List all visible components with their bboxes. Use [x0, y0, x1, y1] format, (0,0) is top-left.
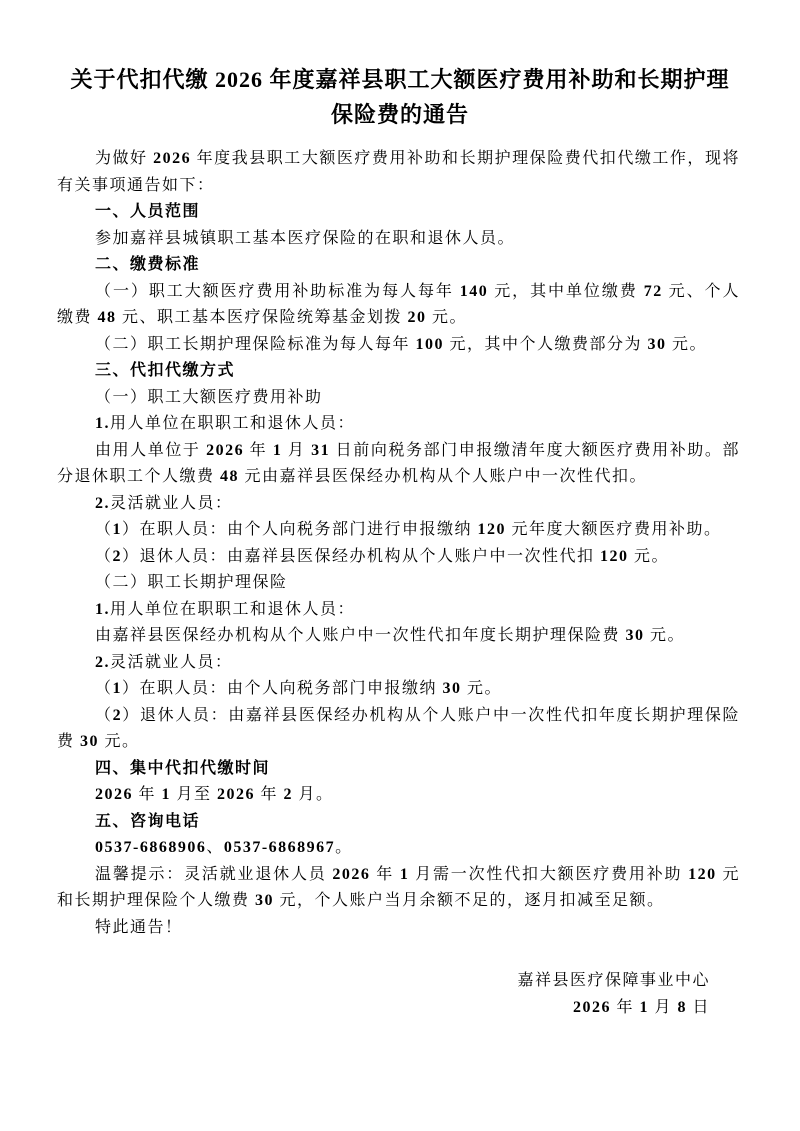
- text-segment: 由嘉祥县医保经办机构从个人账户中一次性代扣年度长期护理保险费: [95, 627, 626, 644]
- text-segment: ）在职人员：由个人向税务部门申报缴纳: [122, 680, 443, 697]
- section-heading: 三、代扣代缴方式: [57, 358, 740, 385]
- text-segment: 日: [687, 999, 710, 1016]
- text-segment: 月。: [293, 786, 334, 803]
- paragraph: 由嘉祥县医保经办机构从个人账户中一次性代扣年度长期护理保险费 30 元。: [57, 623, 740, 650]
- bold-number: 48: [98, 309, 117, 326]
- text-segment: 年: [244, 442, 273, 459]
- paragraph: 为做好 2026 年度我县职工大额医疗费用补助和长期护理保险费代扣代缴工作，现将…: [57, 146, 740, 199]
- signature-block: 嘉祥县医疗保障事业中心 2026 年 1 月 8 日: [0, 968, 800, 1021]
- text-segment: 月至: [171, 786, 217, 803]
- text-segment: 五、咨询电话: [95, 813, 200, 830]
- text-segment: 元由嘉祥县医保经办机构从个人账户中一次性代扣。: [239, 468, 647, 485]
- bold-number: 1.: [95, 601, 110, 618]
- text-segment: 元。: [99, 733, 140, 750]
- text-segment: 。: [335, 839, 353, 856]
- document-title-line2: 保险费的通告: [56, 97, 744, 132]
- text-segment: 元。: [462, 680, 503, 697]
- bold-number: 2.: [95, 654, 110, 671]
- text-segment: （一）职工大额医疗费用补助标准为每人每年: [95, 283, 460, 300]
- text-segment: 元。: [629, 548, 670, 565]
- document-body: 为做好 2026 年度我县职工大额医疗费用补助和长期护理保险费代扣代缴工作，现将…: [57, 146, 740, 941]
- text-segment: 元。: [667, 336, 708, 353]
- text-segment: 月: [649, 999, 678, 1016]
- section-heading: 五、咨询电话: [57, 809, 740, 836]
- text-segment: 年: [370, 866, 399, 883]
- paragraph: 特此通告！: [57, 915, 740, 942]
- bold-number: 8: [677, 999, 687, 1016]
- text-segment: 年: [255, 786, 284, 803]
- bold-number: 140: [460, 283, 489, 300]
- text-segment: 灵活就业人员：: [110, 495, 233, 512]
- text-segment: 年: [611, 999, 640, 1016]
- bold-number: 30: [80, 733, 99, 750]
- text-segment: （: [95, 521, 113, 538]
- paragraph: 1.用人单位在职职工和退休人员：: [57, 411, 740, 438]
- text-segment: 为做好: [95, 150, 153, 167]
- paragraph: （1）在职人员：由个人向税务部门进行申报缴纳 120 元年度大额医疗费用补助。: [57, 517, 740, 544]
- bold-number: 1: [113, 521, 123, 538]
- bold-number: 2.: [95, 495, 110, 512]
- text-segment: 元，个人账户当月余额不足的，逐月扣减至足额。: [274, 892, 665, 909]
- bold-number: 1: [273, 442, 283, 459]
- text-segment: 元年度大额医疗费用补助。: [506, 521, 722, 538]
- text-segment: 参加嘉祥县城镇职工基本医疗保险的在职和退休人员。: [95, 230, 515, 247]
- bold-number: 48: [220, 468, 239, 485]
- issue-date: 2026 年 1 月 8 日: [0, 995, 800, 1022]
- bold-number: 120: [688, 866, 717, 883]
- bold-number: 1.: [95, 415, 110, 432]
- bold-number: 30: [648, 336, 667, 353]
- bold-number: 120: [600, 548, 629, 565]
- document-page: 关于代扣代缴 2026 年度嘉祥县职工大额医疗费用补助和长期护理 保险费的通告 …: [0, 0, 800, 1131]
- paragraph: 0537-6868906、0537-6868967。: [57, 835, 740, 862]
- bold-number: 30: [626, 627, 645, 644]
- text-segment: 由用人单位于: [95, 442, 206, 459]
- bold-number: 2: [113, 548, 123, 565]
- text-segment: （二）职工长期护理保险标准为每人每年: [95, 336, 416, 353]
- section-heading: 四、集中代扣代缴时间: [57, 756, 740, 783]
- bold-number: 2: [284, 786, 294, 803]
- paragraph: （一）职工大额医疗费用补助标准为每人每年 140 元，其中单位缴费 72 元、个…: [57, 279, 740, 332]
- paragraph: 2.灵活就业人员：: [57, 650, 740, 677]
- bold-number: 30: [255, 892, 274, 909]
- document-title: 关于代扣代缴 2026 年度嘉祥县职工大额医疗费用补助和长期护理 保险费的通告: [56, 62, 744, 132]
- bold-number: 2: [113, 707, 123, 724]
- text-segment: 用人单位在职职工和退休人员：: [110, 601, 355, 618]
- bold-number: 30: [443, 680, 462, 697]
- bold-number: 2026: [153, 150, 191, 167]
- paragraph: （2）退休人员：由嘉祥县医保经办机构从个人账户中一次性代扣年度长期护理保险费 3…: [57, 703, 740, 756]
- text-segment: 四、集中代扣代缴时间: [95, 760, 270, 777]
- bold-number: 2026: [332, 866, 370, 883]
- text-segment: ）退休人员：由嘉祥县医保经办机构从个人账户中一次性代扣年度长期护理保险费: [57, 707, 740, 751]
- paragraph: （2）退休人员：由嘉祥县医保经办机构从个人账户中一次性代扣 120 元。: [57, 544, 740, 571]
- paragraph: （1）在职人员：由个人向税务部门申报缴纳 30 元。: [57, 676, 740, 703]
- text-segment: 元。: [427, 309, 468, 326]
- text-segment: 一、人员范围: [95, 203, 200, 220]
- paragraph: 参加嘉祥县城镇职工基本医疗保险的在职和退休人员。: [57, 226, 740, 253]
- bold-number: 100: [416, 336, 445, 353]
- text-segment: 特此通告！: [95, 919, 183, 936]
- document-title-line1: 关于代扣代缴 2026 年度嘉祥县职工大额医疗费用补助和长期护理: [56, 62, 744, 97]
- issuer-name: 嘉祥县医疗保障事业中心: [0, 968, 800, 995]
- text-segment: 元，其中单位缴费: [488, 283, 643, 300]
- text-segment: （一）职工大额医疗费用补助: [95, 389, 323, 406]
- text-segment: 元，其中个人缴费部分为: [444, 336, 648, 353]
- text-segment: 元、职工基本医疗保险统筹基金划拨: [117, 309, 408, 326]
- bold-number: 120: [478, 521, 507, 538]
- paragraph: 2.灵活就业人员：: [57, 491, 740, 518]
- text-segment: （: [95, 548, 113, 565]
- bold-number: 1: [162, 786, 172, 803]
- text-segment: 月需一次性代扣大额医疗费用补助: [409, 866, 688, 883]
- text-segment: 元。: [645, 627, 686, 644]
- paragraph: 由用人单位于 2026 年 1 月 31 日前向税务部门申报缴清年度大额医疗费用…: [57, 438, 740, 491]
- text-segment: （: [95, 680, 113, 697]
- paragraph: （一）职工大额医疗费用补助: [57, 385, 740, 412]
- text-segment: 温馨提示：灵活就业退休人员: [95, 866, 332, 883]
- section-heading: 一、人员范围: [57, 199, 740, 226]
- section-heading: 二、缴费标准: [57, 252, 740, 279]
- text-segment: 二、缴费标准: [95, 256, 200, 273]
- text-segment: 、: [206, 839, 224, 856]
- paragraph: 1.用人单位在职职工和退休人员：: [57, 597, 740, 624]
- paragraph: （二）职工长期护理保险: [57, 570, 740, 597]
- bold-number: 20: [408, 309, 427, 326]
- text-segment: 三、代扣代缴方式: [95, 362, 235, 379]
- bold-number: 1: [639, 999, 649, 1016]
- paragraph: 温馨提示：灵活就业退休人员 2026 年 1 月需一次性代扣大额医疗费用补助 1…: [57, 862, 740, 915]
- paragraph: 2026 年 1 月至 2026 年 2 月。: [57, 782, 740, 809]
- bold-number: 1: [400, 866, 410, 883]
- paragraph: （二）职工长期护理保险标准为每人每年 100 元，其中个人缴费部分为 30 元。: [57, 332, 740, 359]
- bold-number: 31: [311, 442, 330, 459]
- bold-number: 0537-6868967: [224, 839, 335, 856]
- text-segment: （: [95, 707, 113, 724]
- text-segment: ）在职人员：由个人向税务部门进行申报缴纳: [122, 521, 478, 538]
- bold-number: 72: [644, 283, 663, 300]
- bold-number: 0537-6868906: [95, 839, 206, 856]
- text-segment: （二）职工长期护理保险: [95, 574, 288, 591]
- bold-number: 1: [113, 680, 123, 697]
- text-segment: 用人单位在职职工和退休人员：: [110, 415, 355, 432]
- bold-number: 2026: [217, 786, 255, 803]
- bold-number: 2026: [573, 999, 611, 1016]
- text-segment: 年: [133, 786, 162, 803]
- bold-number: 2026: [206, 442, 244, 459]
- text-segment: 灵活就业人员：: [110, 654, 233, 671]
- text-segment: ）退休人员：由嘉祥县医保经办机构从个人账户中一次性代扣: [122, 548, 600, 565]
- text-segment: 月: [282, 442, 311, 459]
- bold-number: 2026: [95, 786, 133, 803]
